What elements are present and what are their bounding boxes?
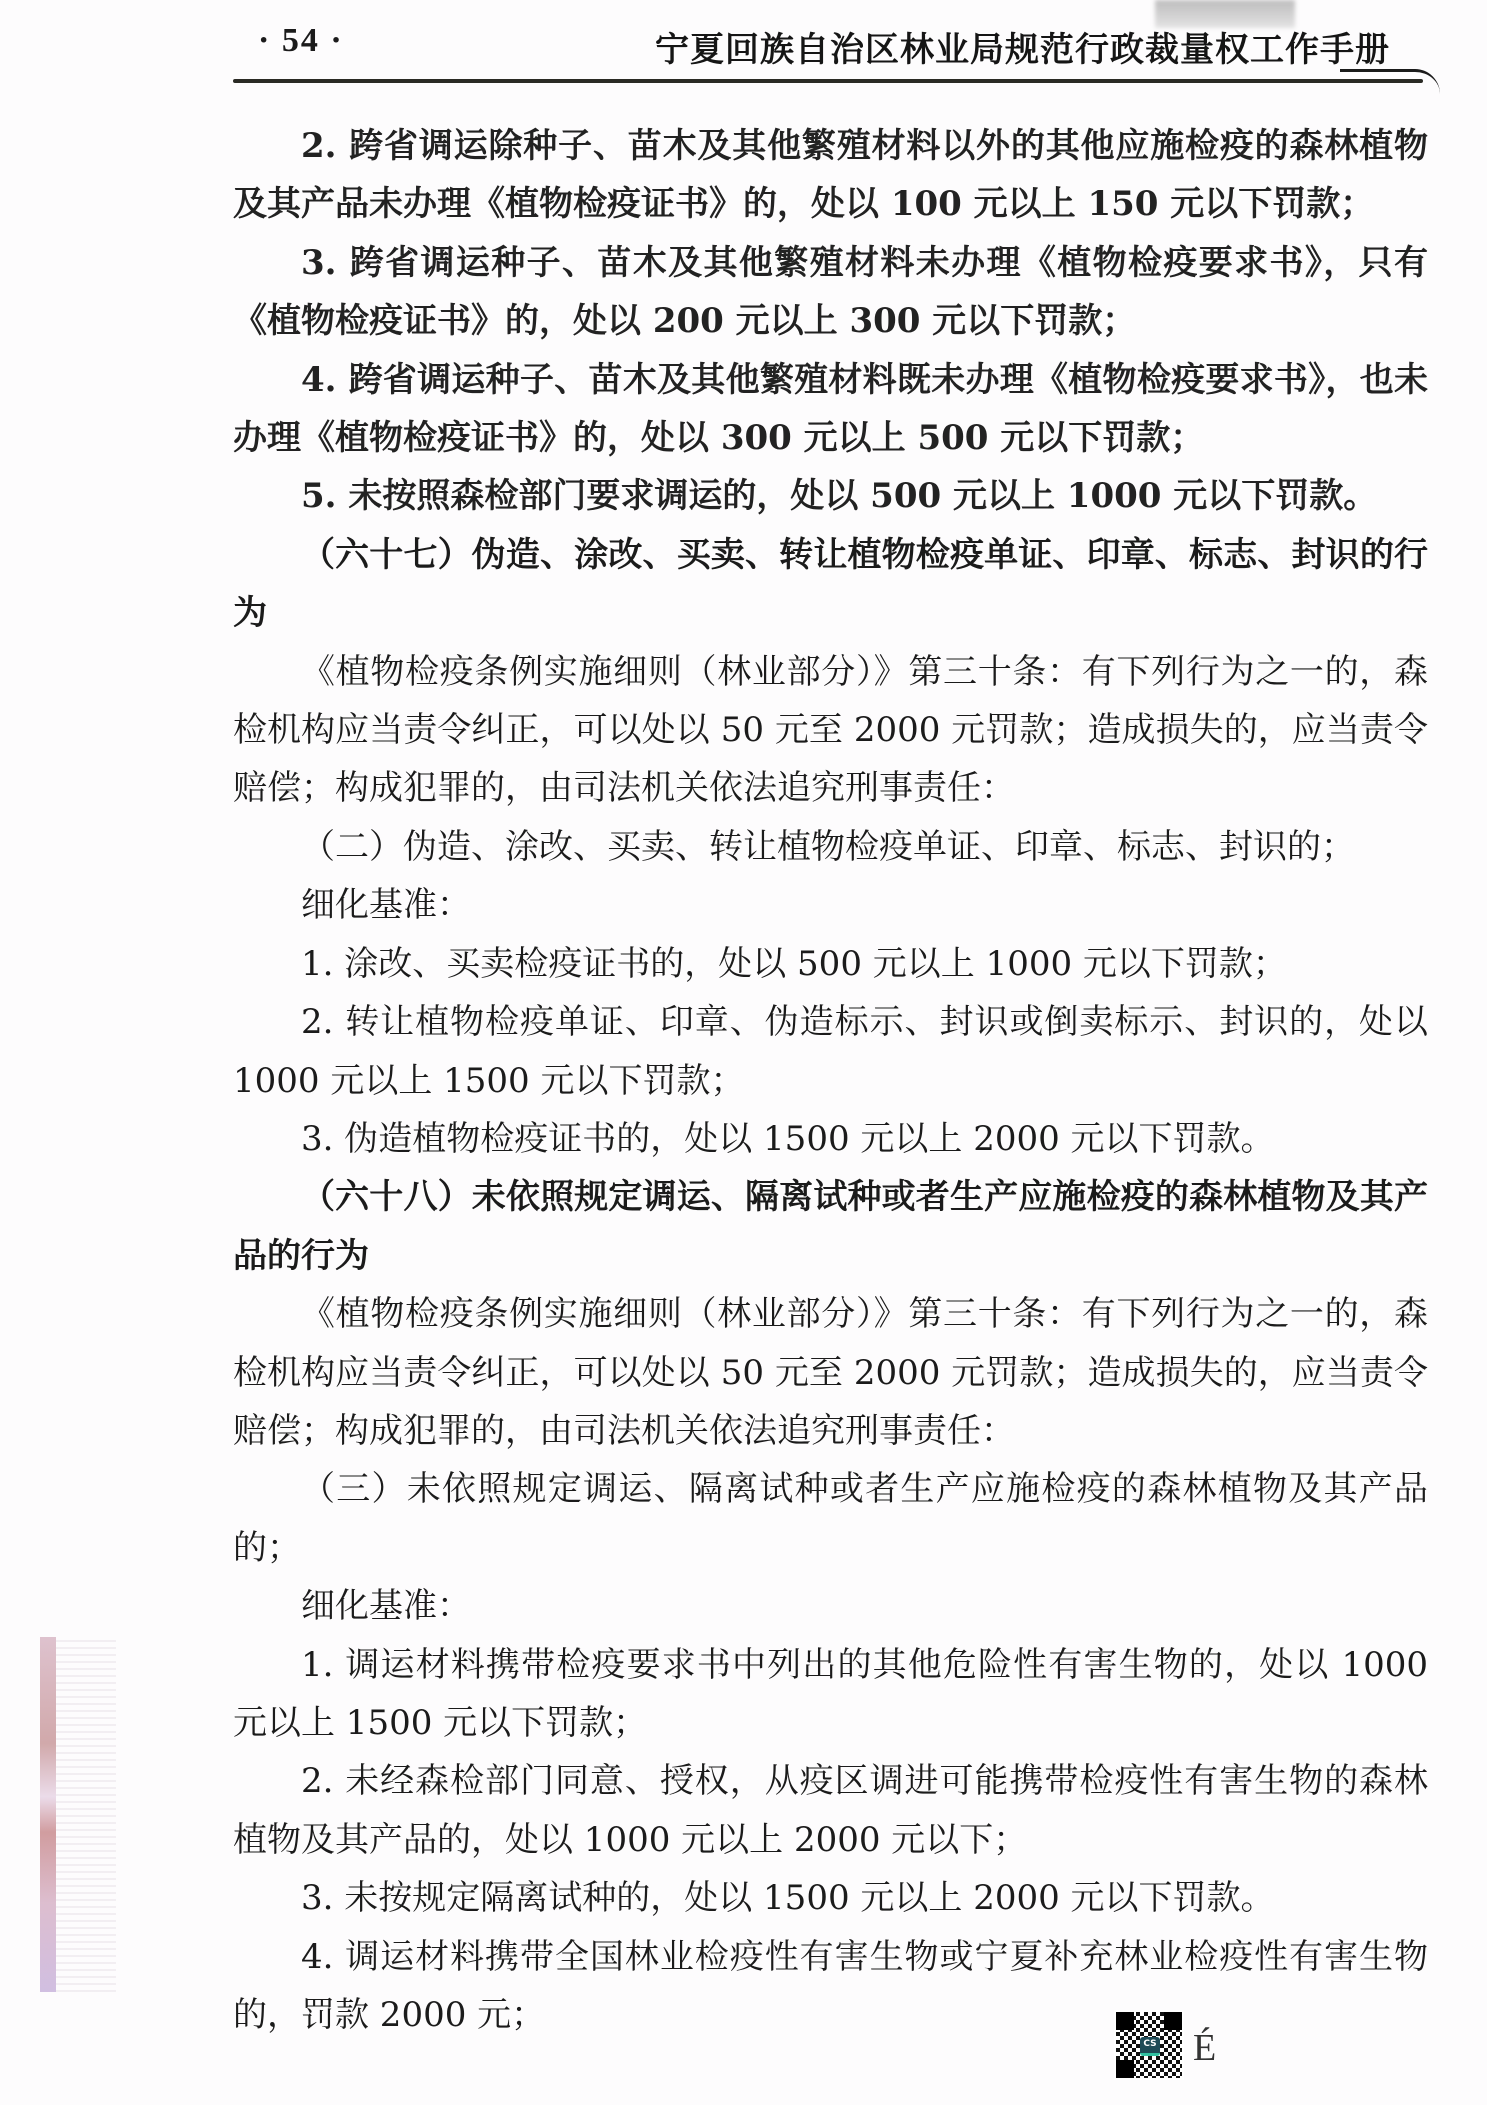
watermark-char: É bbox=[1193, 2026, 1216, 2070]
body-text: 2. 跨省调运除种子、苗木及其他繁殖材料以外的其他应施检疫的森林植物及其产品未办… bbox=[233, 117, 1428, 2044]
running-title: 宁夏回族自治区林业局规范行政裁量权工作手册 bbox=[655, 22, 1390, 71]
clause-3: （三）未依照规定调运、隔离试种或者生产应施检疫的森林植物及其产品的； bbox=[233, 1460, 1428, 1577]
criteria-item-3: 3. 未按规定隔离试种的，处以 1500 元以上 2000 元以下罚款。 bbox=[233, 1869, 1428, 1927]
paragraph-item-2: 2. 跨省调运除种子、苗木及其他繁殖材料以外的其他应施检疫的森林植物及其产品未办… bbox=[233, 117, 1428, 234]
scan-smudge bbox=[1155, 0, 1295, 28]
criteria-item-1: 1. 涂改、买卖检疫证书的，处以 500 元以上 1000 元以下罚款； bbox=[233, 935, 1428, 993]
criteria-item-3: 3. 伪造植物检疫证书的，处以 1500 元以上 2000 元以下罚款。 bbox=[233, 1110, 1428, 1168]
legal-citation: 《植物检疫条例实施细则（林业部分）》第三十条：有下列行为之一的，森检机构应当责令… bbox=[233, 1285, 1428, 1460]
section-heading-68: （六十八）未依照规定调运、隔离试种或者生产应施检疫的森林植物及其产品的行为 bbox=[233, 1168, 1428, 1285]
paragraph-item-5: 5. 未按照森检部门要求调运的，处以 500 元以上 1000 元以下罚款。 bbox=[233, 467, 1428, 525]
scanner-logo-icon: CS bbox=[1140, 2037, 1160, 2056]
page-header: · 54 · 宁夏回族自治区林业局规范行政裁量权工作手册 bbox=[0, 0, 1487, 100]
criteria-item-2: 2. 转让植物检疫单证、印章、伪造标示、封识或倒卖标示、封识的，处以 1000 … bbox=[233, 993, 1428, 1110]
criteria-label: 细化基准： bbox=[233, 1577, 1428, 1635]
page-edge-binding bbox=[40, 1637, 56, 1992]
paragraph-item-3: 3. 跨省调运种子、苗木及其他繁殖材料未办理《植物检疫要求书》，只有《植物检疫证… bbox=[233, 234, 1428, 351]
header-rule bbox=[233, 79, 1423, 83]
criteria-label: 细化基准： bbox=[233, 876, 1428, 934]
criteria-item-4: 4. 调运材料携带全国林业检疫性有害生物或宁夏补充林业检疫性有害生物的，罚款 2… bbox=[233, 1928, 1428, 2045]
scan-noise bbox=[56, 1637, 116, 1992]
legal-citation: 《植物检疫条例实施细则（林业部分）》第三十条：有下列行为之一的，森检机构应当责令… bbox=[233, 643, 1428, 818]
page-number: · 54 · bbox=[258, 22, 344, 60]
paragraph-item-4: 4. 跨省调运种子、苗木及其他繁殖材料既未办理《植物检疫要求书》，也未办理《植物… bbox=[233, 351, 1428, 468]
section-heading-67: （六十七）伪造、涂改、买卖、转让植物检疫单证、印章、标志、封识的行为 bbox=[233, 526, 1428, 643]
criteria-item-1: 1. 调运材料携带检疫要求书中列出的其他危险性有害生物的，处以 1000 元以上… bbox=[233, 1636, 1428, 1753]
header-rule-curl bbox=[1340, 69, 1440, 94]
clause-2: （二）伪造、涂改、买卖、转让植物检疫单证、印章、标志、封识的； bbox=[233, 818, 1428, 876]
criteria-item-2: 2. 未经森检部门同意、授权，从疫区调进可能携带检疫性有害生物的森林植物及其产品… bbox=[233, 1752, 1428, 1869]
